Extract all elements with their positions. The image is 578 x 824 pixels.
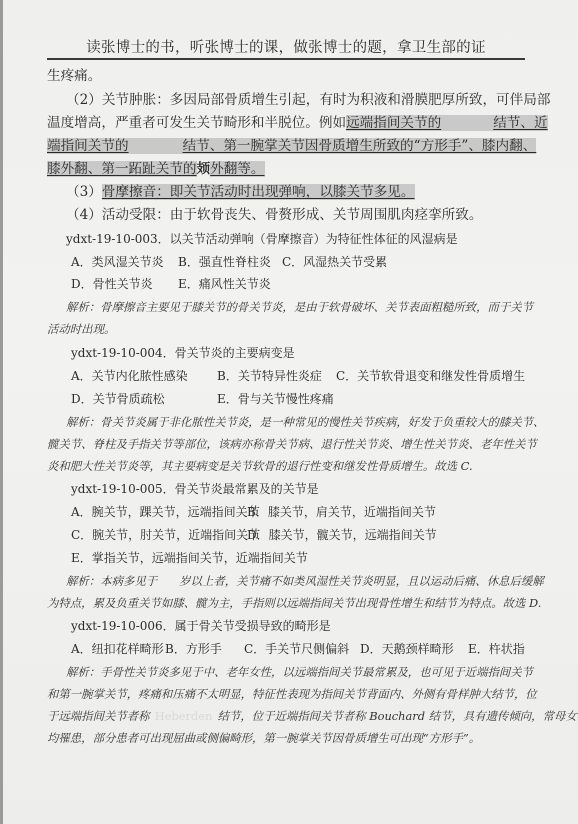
question-options: A．类风湿关节炎B．强直性脊柱炎C．风湿热关节受累	[71, 253, 387, 271]
paragraph-joint-swelling: （2）关节肿胀：多因局部骨质增生引起，有时为积液和滑膜肥厚所致，可伴局部	[66, 91, 550, 109]
analysis-text: 炎和肥大性关节炎等，其主要病变是关节软骨的退行性变和继发性骨质增生。故选 C.	[47, 457, 473, 475]
page-header: 读张博士的书，听张博士的课，做张博士的题，拿卫生部的证	[47, 36, 525, 57]
paragraph-limited-motion: （4）活动受限：由于软骨丧失、骨赘形成、关节周围肌肉痉挛所致。	[66, 206, 482, 224]
question-stem: ydxt-19-10-006．属于骨关节受损导致的畸形是	[71, 617, 331, 635]
question-stem: ydxt-19-10-005．骨关节炎最常累及的关节是	[71, 480, 319, 498]
question-options: D．关节骨质疏松E．骨与关节慢性疼痛	[71, 390, 334, 408]
question-options: A．纽扣花样畸形B．方形手C．手关节尺侧偏斜D．天鹅颈样畸形E．杵状指	[71, 640, 525, 658]
analysis-text: 均罹患，部分患者可出现屈曲或侧偏畸形，第一腕掌关节因骨质增生可出现“方形手”。	[47, 729, 480, 747]
question-stem: ydxt-19-10-003．以关节活动弹响（骨摩擦音）为特征性体征的风湿病是	[66, 230, 458, 248]
question-options: C．腕关节，肘关节，近端指间关节D．膝关节，髋关节，远端指间关节	[71, 526, 437, 544]
analysis-text: 于远端指间关节者称Heberden结节，位于近端指间关节者称 Bouchard …	[47, 707, 577, 725]
highlight: 骨摩擦音：即关节活动时出现弹响，以膝关节多见。	[102, 184, 415, 200]
body-line: 端指间关节的结节、第一腕掌关节因骨质增生所致的“方形手”、膝内翻、	[47, 137, 536, 155]
analysis-text: 和第一腕掌关节，疼痛和压痛不太明显，特征性表现为指间关节背面内、外侧有骨样肿大结…	[47, 685, 537, 703]
highlight: 远端指间关节的结节、近	[346, 115, 548, 131]
highlight: 外翻等。	[210, 161, 264, 177]
body-line: 膝外翻、第一跖趾关节的𫠆外翻等。	[47, 160, 265, 178]
analysis-text: 解析：骨关节炎属于非化脓性关节炎，是一种常见的慢性关节疾病，好发于负重较大的膝关…	[66, 413, 544, 431]
analysis-text: 解析：手骨性关节炎多见于中、老年女性，以远端指间关节最常累及，也可见于近端指间关…	[66, 663, 533, 681]
header-rule	[47, 58, 525, 60]
body-line: 温度增高，严重者可发生关节畸形和半脱位。例如远端指间关节的结节、近	[47, 114, 548, 132]
question-options: D．骨性关节炎E．痛风性关节炎	[71, 275, 271, 293]
analysis-text: 解析：本病多见于岁以上者，关节痛不如类风湿性关节炎明显，且以运动后痛、休息后缓解	[66, 572, 544, 590]
analysis-text: 活动时出现。	[47, 320, 115, 338]
paragraph-crepitus: （3）骨摩擦音：即关节活动时出现弹响，以膝关节多见。	[66, 183, 415, 201]
highlight: 端指间关节的结节、第一腕掌关节因骨质增生所致的“方形手”、膝内翻、	[47, 138, 536, 154]
question-options: A．关节内化脓性感染B．关节特异性炎症C．关节软骨退变和继发性骨质增生	[71, 367, 525, 385]
erased-answer: Heberden	[150, 707, 218, 725]
question-options: A．腕关节，踝关节，远端指间关节B．膝关节，肩关节，近端指间关节	[71, 503, 436, 521]
analysis-text: 解析：骨摩擦音主要见于膝关节的骨关节炎，是由于软骨破坏、关节表面粗糙所致，而于关…	[66, 298, 533, 316]
analysis-text: 髋关节、脊柱及手指关节等部位，该病亦称骨关节病、退行性关节炎、增生性关节炎、老年…	[47, 435, 537, 453]
question-stem: ydxt-19-10-004．骨关节炎的主要病变是	[71, 344, 295, 362]
highlight: 膝外翻、第一跖趾关节的	[47, 161, 197, 177]
document-page: 读张博士的书，听张博士的课，做张博士的题，拿卫生部的证 生疼痛。 （2）关节肿胀…	[0, 0, 578, 824]
question-options: E．掌指关节，远端指间关节，近端指间关节	[71, 549, 308, 567]
analysis-text: 为特点，累及负重关节如膝、髋为主，手指则以远端指间关节出现骨性增生和结节为特点。…	[47, 594, 541, 612]
body-line: 生疼痛。	[47, 67, 101, 85]
